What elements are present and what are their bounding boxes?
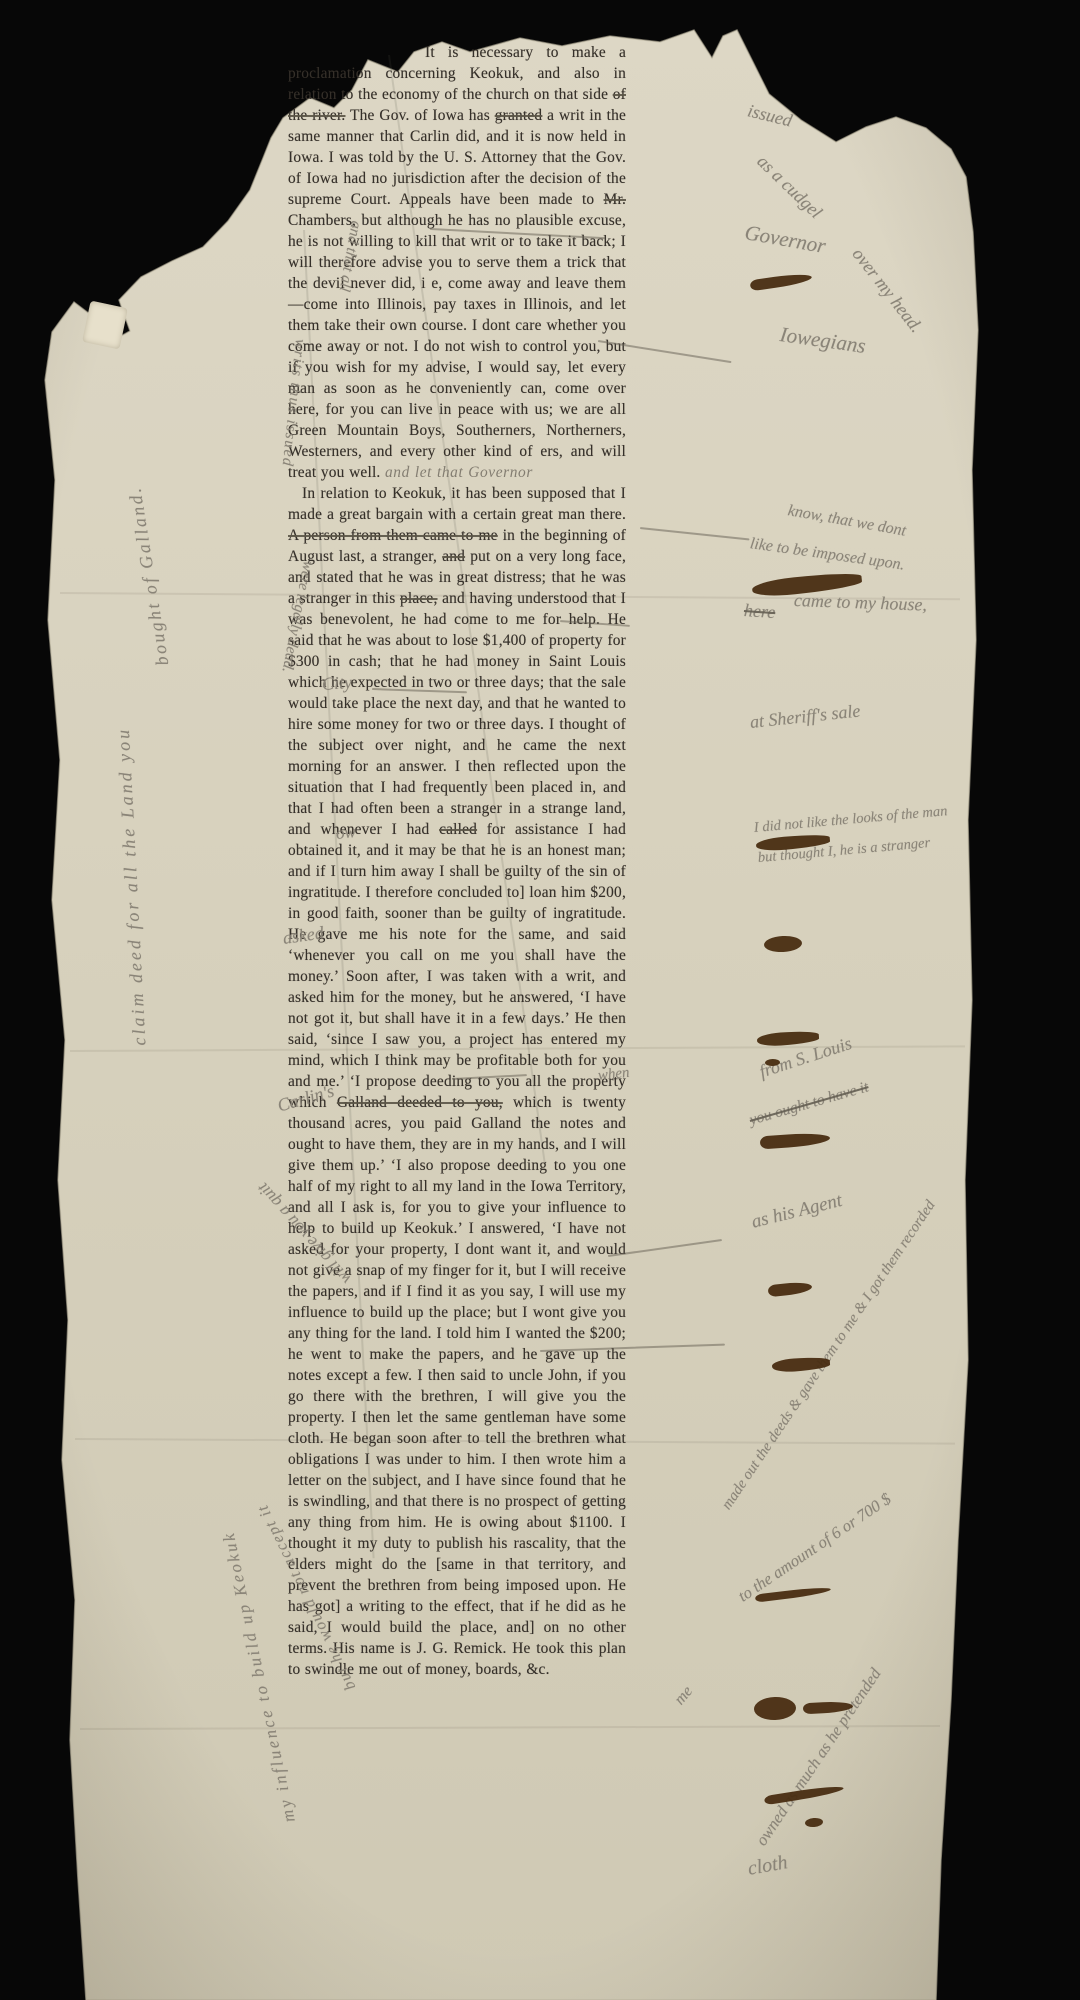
printed-text: and having understood that I was benevol… — [288, 590, 626, 838]
printed-text: Chambers, but although he has no plausib… — [288, 212, 626, 481]
printed-text: It is necessary to make a proclamation c… — [288, 44, 626, 103]
margin-note-when: when — [597, 1065, 630, 1085]
struck-printed-text: place, — [400, 590, 438, 607]
printed-paragraph: In relation to Keokuk, it has been suppo… — [288, 483, 626, 1680]
printed-text: The Gov. of Iowa has — [345, 107, 494, 124]
struck-printed-text: A person from them came to me — [288, 527, 498, 544]
printed-text: for assistance I had obtained it, and it… — [288, 821, 626, 1111]
struck-printed-text: granted — [495, 107, 543, 124]
struck-printed-text: and — [442, 548, 465, 565]
struck-printed-text: Mr. — [604, 191, 626, 208]
scanned-document-page: It is necessary to make a proclamation c… — [0, 0, 1080, 2000]
printed-text: In relation to Keokuk, it has been suppo… — [288, 485, 626, 523]
printed-text: which is twenty thousand acres, you paid… — [288, 1094, 626, 1678]
margin-note-here-struck: here — [743, 600, 776, 623]
struck-printed-text: Galland deeded to you, — [337, 1094, 503, 1111]
margin-note-city: City — [321, 672, 352, 695]
struck-printed-text: called — [439, 821, 477, 838]
inline-handwritten-text: and let that Governor — [385, 464, 533, 481]
margin-note-ow: ow — [335, 822, 357, 844]
